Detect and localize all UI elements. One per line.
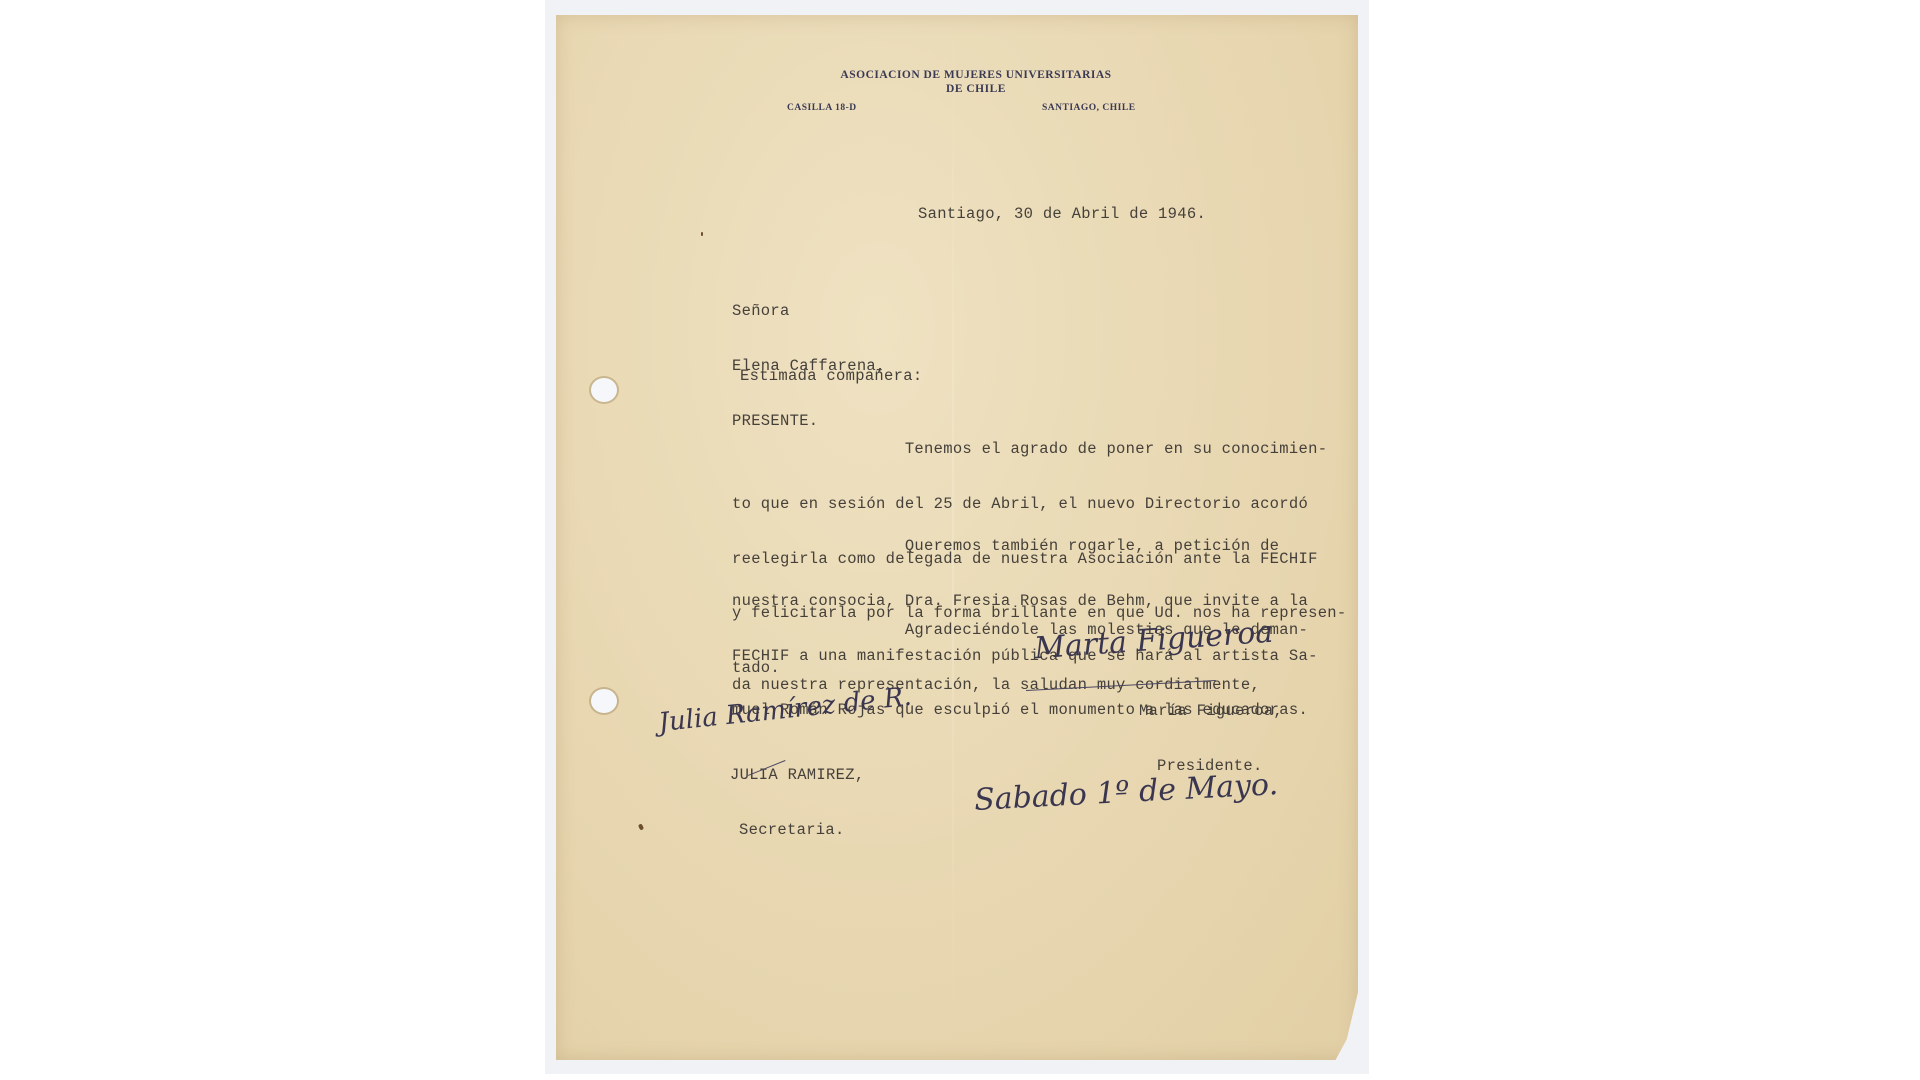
letterhead-organization: ASOCIACION DE MUJERES UNIVERSITARIAS DE …: [816, 68, 1136, 96]
paragraph-line: Queremos también rogarle, a petición de: [732, 537, 1318, 555]
secretary-block: JULIA RAMIREZ, Secretaria.: [730, 730, 864, 876]
president-typed-name: María Figueroa,: [1139, 702, 1283, 720]
letterhead-address-left: CASILLA 18-D: [787, 103, 857, 113]
letterhead-address-right: SANTIAGO, CHILE: [1042, 103, 1136, 113]
letterhead-line-2: DE CHILE: [816, 82, 1136, 96]
paper-stain: [701, 232, 703, 236]
paper-stain: [638, 823, 644, 830]
secretary-title: Secretaria.: [730, 821, 864, 839]
punch-hole-icon: [591, 378, 617, 402]
letter-page: ASOCIACION DE MUJERES UNIVERSITARIAS DE …: [556, 15, 1358, 1060]
recipient-honorific: Señora: [732, 302, 886, 320]
paragraph-line: Tenemos el agrado de poner en su conocim…: [732, 440, 1347, 458]
salutation: Estimada compañera:: [740, 367, 922, 385]
letterhead-line-1: ASOCIACION DE MUJERES UNIVERSITARIAS: [816, 68, 1136, 82]
secretary-typed-name: JULIA RAMIREZ,: [730, 766, 864, 784]
letter-date: Santiago, 30 de Abril de 1946.: [918, 205, 1206, 223]
punch-hole-icon: [591, 689, 617, 713]
